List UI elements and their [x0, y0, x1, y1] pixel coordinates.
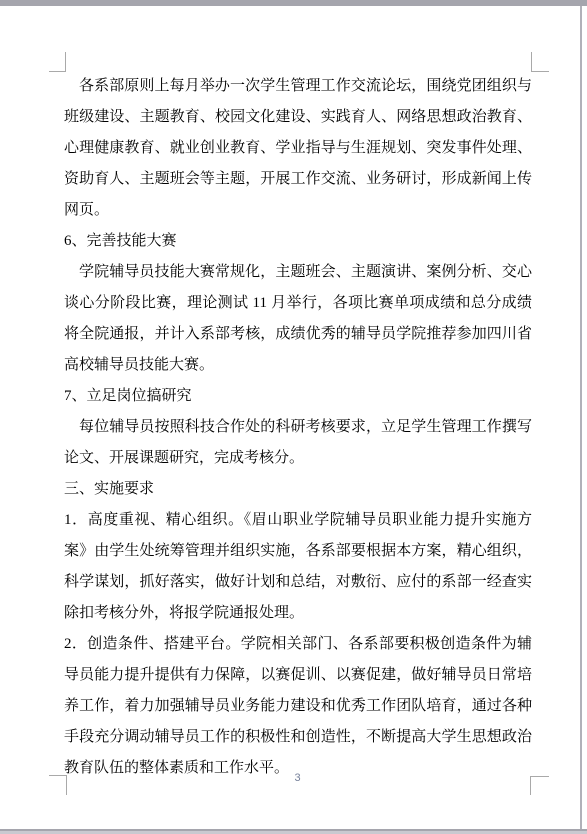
paragraph[interactable]: 学院辅导员技能大赛常规化，主题班会、主题演讲、案例分析、交心谈心分阶段比赛，理论…	[64, 257, 532, 381]
margin-mark-top-left-icon	[49, 52, 66, 72]
document-body[interactable]: 各系部原则上每月举办一次学生管理工作交流论坛，围绕党团组织与班级建设、主题教育、…	[64, 71, 532, 784]
paragraph[interactable]: 2．创造条件、搭建平台。学院相关部门、各系部要积极创造条件为辅导员能力提升提供有…	[64, 629, 532, 784]
paragraph[interactable]: 6、完善技能大赛	[64, 226, 532, 257]
paragraph[interactable]: 每位辅导员按照科技合作处的科研考核要求，立足学生管理工作撰写论文、开展课题研究，…	[64, 412, 532, 474]
page-number: 3	[0, 771, 587, 785]
paragraph[interactable]: 1．高度重视、精心组织。《眉山职业学院辅导员职业能力提升实施方案》由学生处统筹管…	[64, 505, 532, 629]
page: 各系部原则上每月举办一次学生管理工作交流论坛，围绕党团组织与班级建设、主题教育、…	[0, 6, 580, 829]
page-gap-top	[0, 0, 587, 6]
margin-mark-top-right-icon	[531, 52, 549, 72]
paragraph[interactable]: 三、实施要求	[64, 474, 532, 505]
page-edge-right	[580, 6, 582, 829]
document-viewer: 各系部原则上每月举办一次学生管理工作交流论坛，围绕党团组织与班级建设、主题教育、…	[0, 0, 587, 834]
paragraph[interactable]: 各系部原则上每月举办一次学生管理工作交流论坛，围绕党团组织与班级建设、主题教育、…	[64, 71, 532, 226]
paragraph[interactable]: 7、立足岗位搞研究	[64, 381, 532, 412]
